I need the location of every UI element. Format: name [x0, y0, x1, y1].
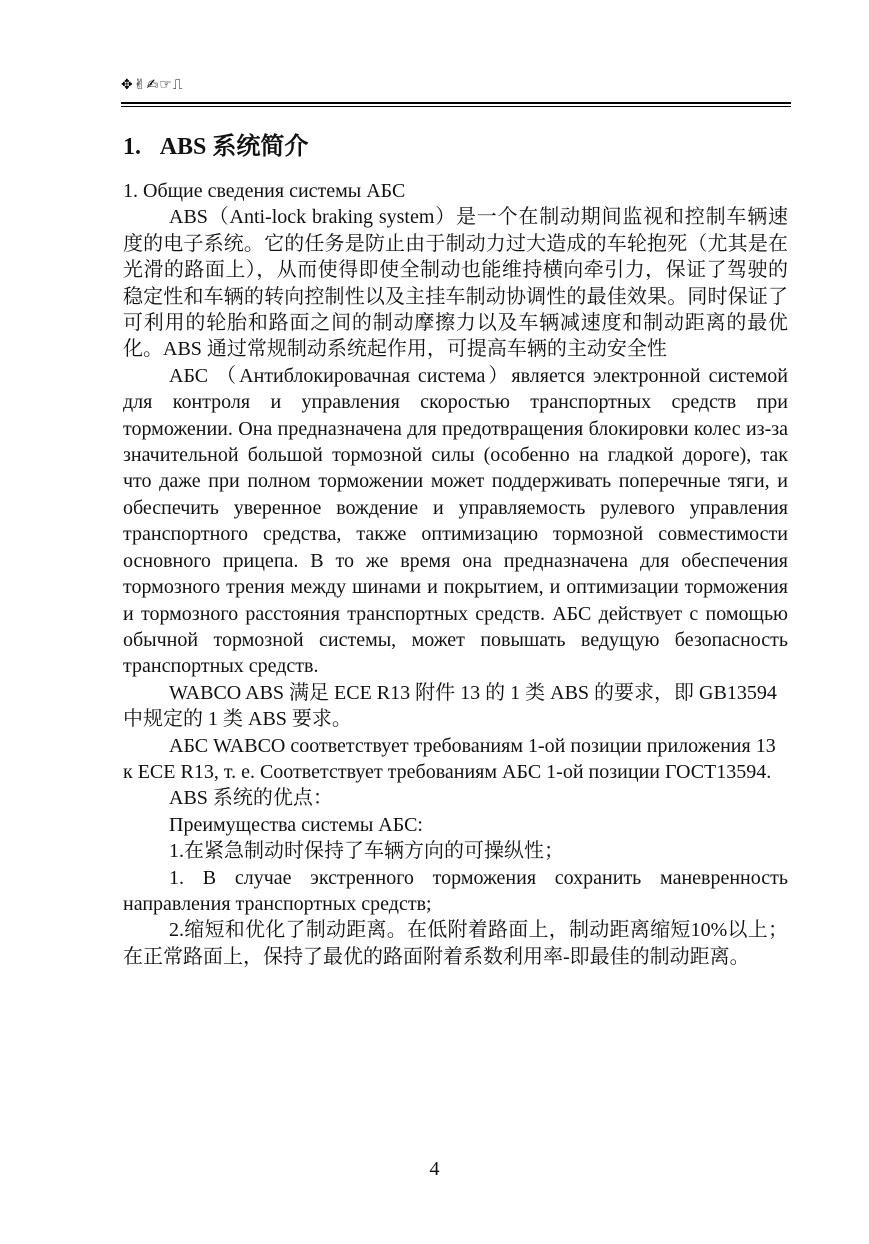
header-double-rule	[121, 102, 791, 107]
page-header: ✥✌✍☞⎍	[121, 74, 791, 107]
document-page: ✥✌✍☞⎍ 1. ABS 系统简介 1. Общие сведения сист…	[0, 0, 869, 1244]
advantage-1-zh: 1.在紧急制动时保持了车辆方向的可操纵性；	[123, 838, 788, 864]
document-body: 1. Общие сведения системы АБС ABS（Anti-l…	[123, 178, 788, 970]
page-number: 4	[0, 1158, 869, 1181]
paragraph-wabco-zh: WABCO ABS 满足 ECE R13 附件 13 的 1 类 ABS 的要求…	[123, 680, 788, 733]
paragraph-abs-intro-ru: АБС （Антиблокировачная система）является …	[123, 363, 788, 680]
advantage-1-ru: 1. В случае экстренного торможения сохра…	[123, 865, 788, 918]
advantages-heading-zh: ABS 系统的优点：	[123, 785, 788, 811]
header-symbol-icons: ✥✌✍☞⎍	[121, 74, 791, 96]
advantages-heading-ru: Преимущества системы АБС:	[123, 812, 788, 838]
subsection-title: 1. Общие сведения системы АБС	[123, 178, 788, 204]
section-number: 1.	[123, 134, 141, 160]
section-title: ABS 系统简介	[160, 134, 309, 160]
paragraph-wabco-ru: АБС WABCO соответствует требованиям 1-ой…	[123, 733, 788, 786]
section-heading: 1. ABS 系统简介	[123, 132, 308, 162]
paragraph-abs-intro-zh: ABS（Anti-lock braking system）是一个在制动期间监视和…	[123, 204, 788, 362]
advantage-2-zh: 2.缩短和优化了制动距离。在低附着路面上，制动距离缩短10%以上；在正常路面上，…	[123, 917, 788, 970]
